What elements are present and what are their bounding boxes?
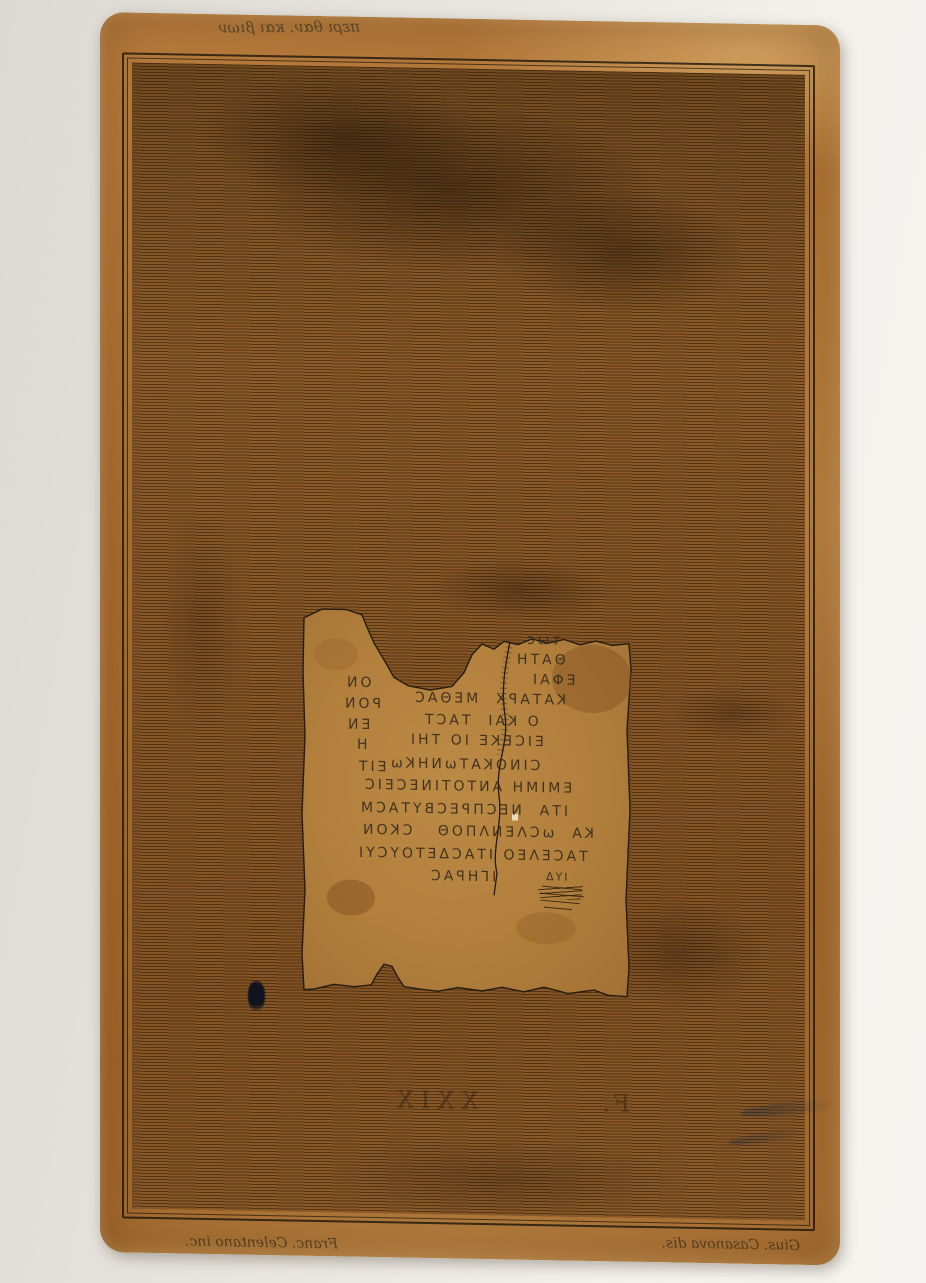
greek-line-margin: ΡΟΝ [342, 695, 381, 712]
fragment-siglum: ΙΥΔ [544, 870, 568, 883]
greek-line-margin: ΕΝ [345, 716, 370, 732]
ink-blob [248, 981, 265, 1011]
greek-line: Ο ΚΑΙ ΤΑϹΤ [422, 712, 539, 730]
greek-line: ΕΙϹΕΚΕ ΙΟ ΤΗΙ [408, 732, 544, 750]
handwritten-annotation-mirrored: περι θαν. και βιων [110, 17, 360, 37]
greek-line: ΕΦΑΙ [530, 672, 576, 689]
greek-line: ΚΑΤΑΡΧ ΜΕΘΑϹ [412, 690, 566, 709]
greek-line: ϹΙΝΟΚΑΤωΝΗΚω [388, 755, 540, 774]
engraver-credit-mirrored: Franc. Celentano inc. [122, 1232, 338, 1252]
greek-line-margin: ΟΝ [344, 674, 372, 691]
greek-line-margin: ΕΙΤ [356, 759, 387, 776]
greek-line: τωϲ [524, 632, 561, 649]
greek-line-margin: Η [354, 737, 368, 753]
greek-line: ΘΑΤΗ [514, 652, 566, 669]
photograph-scene: περι θαν. και βιων [0, 0, 926, 1283]
plate-number-label-mirrored: F. XXIX [340, 1084, 630, 1117]
copper-plate: περι θαν. και βιων [100, 12, 840, 1266]
greek-line: ΙΓΗΡΑϹ [428, 868, 496, 885]
draughtsman-credit-mirrored: Gius. Casanova dis. [562, 1233, 800, 1253]
